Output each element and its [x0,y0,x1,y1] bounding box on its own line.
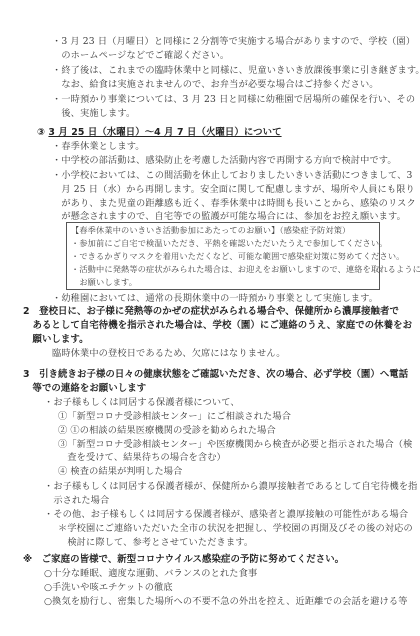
bullet-line: ・お子様もしくは同居する保護者様が、保健所から濃厚接触者であるとして自宅待機を指 [44,481,418,493]
bullet-line: ・一時預かり事業については、3 月 23 日と同様に幼稚園で居場所の確保を行い、… [52,94,415,106]
case-item: ② ①の相談の結果医療機関の受診を勧められた場合 [58,425,276,437]
bullet-line: なお、給食は実施されませんので、お弁当が必要な場合はご持参ください。 [52,79,379,91]
prevention-item: ○換気を励行し、密集した場所への不要不急の外出を控え、近距離での会話を避ける等 [44,596,408,608]
heading-number: ③ [37,127,45,138]
bullet-line: ・小学校においては、この間活動を休止しておりましたいきいき活動につきまして、3 [52,170,412,182]
section-2-line: 2 登校日に、お子様に発熱等のかぜの症状がみられる場合や、保健所から濃厚接触者で [23,306,399,318]
notice-item: ・活動中に発熱等の症状がみられた場合は、お迎えをお願いしますので、連絡を取れるよ… [71,264,420,275]
document-page: ・3 月 23 日（月曜日）と同様に２分割等で実施する場合がありますので、学校（… [0,0,420,636]
section-2-line: 願いします。 [23,334,89,346]
bullet-line: のホームページなどでご確認ください。 [52,50,229,62]
notice-item: ・できるかぎりマスクを着用いただくなど、可能な範囲で感染症対策に努めてください。 [71,251,405,262]
section-2-line: あるとして自宅待機を指示された場合は、学校（園）にご連絡のうえ、家庭での休養をお [23,320,412,332]
section-2-note: 臨時休業中の登校日であるため、欠席にはなりません。 [52,348,286,360]
asterisk-note: ＊学校園にご連絡いただいた全市の状況を把握し、学校園の再開及びその後の対応の [58,523,413,535]
prevention-heading: ※ ご家庭の皆様で、新型コロナウイルス感染症の予防に努めてください。 [23,554,344,566]
bullet-line: ・その他、お子様もしくは同居する保護者様が、感染者と濃厚接触の可能性がある場合 [44,509,408,521]
bullet-line: ・お子様もしくは同居する保護者様について、 [44,397,240,409]
prevention-item: ○十分な睡眠、適度な運動、バランスのとれた食事 [44,568,257,580]
bullet-line: ・幼稚園においては、通常の長期休業中の一時預かり事業として実施します。 [52,293,378,305]
case-item: ①「新型コロナ受診相談センター」にご相談された場合 [58,411,291,423]
notice-box: 【春季休業中のいきいき活動参加にあたってのお願い】（感染症予防対策） ・参加前に… [66,222,380,290]
asterisk-note: 検討に際して、参考とさせていただきます。 [58,537,253,549]
case-item: ④ 検査の結果が判明した場合 [58,466,182,478]
subsection-heading: ③ 3 月 25 日（水曜日）～4 月 7 日（火曜日）について [37,127,282,139]
section-3-line: 等での連絡をお願いします [23,383,146,395]
bullet-line: 月 25 日（水）から再開します。安全面に関して配慮しますが、場所や人員にも限り [52,184,415,196]
case-item: ③「新型コロナ受診相談センター」や医療機関から検査が必要と指示された場合（検 [58,439,412,451]
section-3-line: 3 引き続きお子様の日々の健康状態をご確認いただき、次の場合、必ず学校（園）へ電… [23,369,408,381]
notice-box-title: 【春季休業中のいきいき活動参加にあたってのお願い】（感染症予防対策） [71,225,350,236]
bullet-line: ・終了後は、これまでの臨時休業中と同様に、児童いきいき放課後事業に引き継ぎます。 [52,65,420,77]
bullet-line: 後、実施します。 [52,108,135,120]
bullet-line: があり、また児童の距離感も近く、春季休業中は時間も長いことから、感染のリスク [52,198,416,210]
notice-item: お願いします。 [71,277,137,288]
bullet-line: ・3 月 23 日（月曜日）と同様に２分割等で実施する場合がありますので、学校（… [52,36,415,48]
notice-item: ・参加前にご自宅で検温いただき、平熱を確認いただいたうえで参加してください。 [71,238,388,249]
bullet-line: 示された場合 [44,495,109,507]
bullet-line: ・春季休業とします。 [52,141,145,153]
case-item: 査を受けて、結果待ちの場合を含む） [58,452,226,464]
prevention-item: ○手洗いや咳エチケットの徹底 [44,582,173,594]
heading-text: 3 月 25 日（水曜日）～4 月 7 日（火曜日）について [48,127,281,138]
bullet-line: ・中学校の部活動は、感染防止を考慮した活動内容で再開する方向で検討中です。 [52,155,397,167]
